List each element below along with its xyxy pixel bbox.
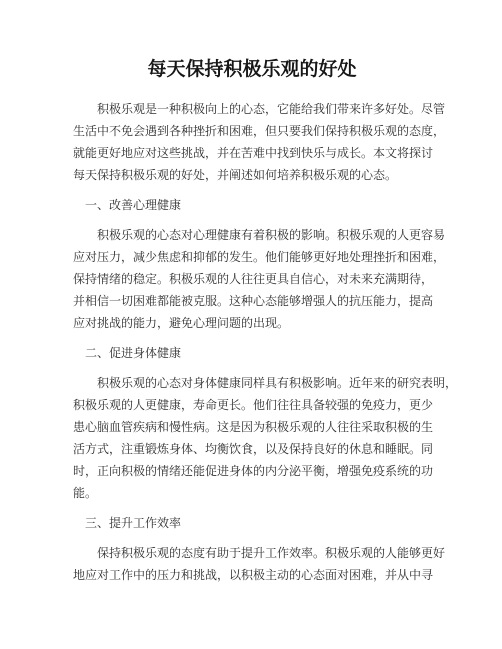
paragraph: 积极乐观的心态对心理健康有着积极的影响。积极乐观的人更容易应对压力，减少焦虑和抑…: [73, 224, 431, 334]
paragraph-line: 患心脑血管疾病和慢性病。这是因为积极乐观的人往往采取积极的生: [73, 416, 431, 438]
paragraph-line: 积极乐观是一种积极向上的心态，它能给我们带来许多好处。尽管: [73, 98, 431, 120]
section-heading: 三、提升工作效率: [73, 512, 431, 534]
paragraph-line: 能。: [73, 482, 431, 504]
paragraph: 保持积极乐观的态度有助于提升工作效率。积极乐观的人能够更好地应对工作中的压力和挑…: [73, 542, 431, 586]
paragraph-line: 活方式，注重锻炼身体、均衡饮食，以及保持良好的休息和睡眠。同: [73, 438, 431, 460]
section-heading: 二、促进身体健康: [73, 342, 431, 364]
paragraph-line: 应对压力，减少焦虑和抑郁的发生。他们能够更好地处理挫折和困难，: [73, 246, 431, 268]
document-page: 每天保持积极乐观的好处积极乐观是一种积极向上的心态，它能给我们带来许多好处。尽管…: [0, 0, 502, 649]
paragraph-line: 就能更好地应对这些挑战，并在苦难中找到快乐与成长。本文将探讨: [73, 142, 431, 164]
paragraph-line: 并相信一切困难都能被克服。这种心态能够增强人的抗压能力，提高: [73, 290, 431, 312]
paragraph-line: 积极乐观的心态对心理健康有着积极的影响。积极乐观的人更容易: [73, 224, 431, 246]
paragraph-line: 每天保持积极乐观的好处，并阐述如何培养积极乐观的心态。: [73, 164, 431, 186]
paragraph: 积极乐观的心态对身体健康同样具有积极影响。近年来的研究表明，积极乐观的人更健康，…: [73, 372, 431, 504]
section-heading: 一、改善心理健康: [73, 194, 431, 216]
document-content: 每天保持积极乐观的好处积极乐观是一种积极向上的心态，它能给我们带来许多好处。尽管…: [73, 56, 431, 586]
paragraph: 积极乐观是一种积极向上的心态，它能给我们带来许多好处。尽管生活中不免会遇到各种挫…: [73, 98, 431, 186]
paragraph-line: 保持积极乐观的态度有助于提升工作效率。积极乐观的人能够更好: [73, 542, 431, 564]
paragraph-line: 保持情绪的稳定。积极乐观的人往往更具自信心，对未来充满期待，: [73, 268, 431, 290]
paragraph-line: 应对挑战的能力，避免心理问题的出现。: [73, 312, 431, 334]
paragraph-line: 积极乐观的人更健康，寿命更长。他们往往具备较强的免疫力，更少: [73, 394, 431, 416]
paragraph-line: 积极乐观的心态对身体健康同样具有积极影响。近年来的研究表明，: [73, 372, 431, 394]
paragraph-line: 时，正向积极的情绪还能促进身体的内分泌平衡，增强免疫系统的功: [73, 460, 431, 482]
paragraph-line: 地应对工作中的压力和挑战，以积极主动的心态面对困难，并从中寻: [73, 564, 431, 586]
paragraph-line: 生活中不免会遇到各种挫折和困难，但只要我们保持积极乐观的态度，: [73, 120, 431, 142]
document-title: 每天保持积极乐观的好处: [73, 56, 431, 84]
